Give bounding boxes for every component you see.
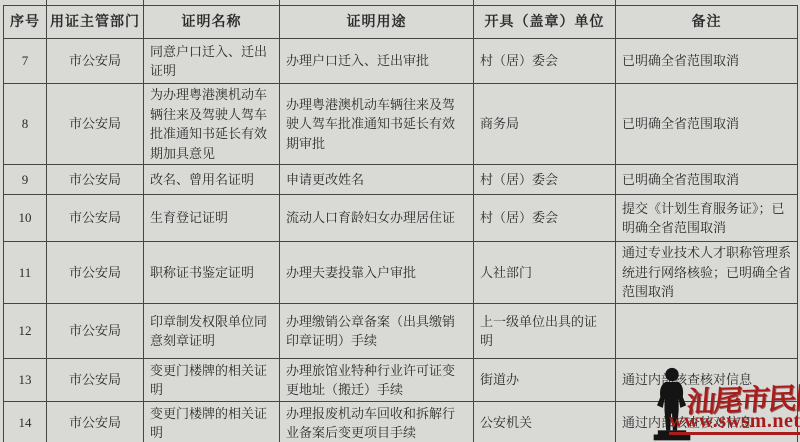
- table-cell: 市公安局: [47, 39, 144, 84]
- table-cell: 通过专业技术人才职称管理系统进行网络核验；已明确全省范围取消: [616, 242, 798, 304]
- table-cell: 10: [4, 195, 47, 242]
- table-row: 12市公安局印章制发权限单位同意刻章证明办理缴销公章备案（出具缴销印章证明）手续…: [4, 304, 798, 359]
- table-cell: 已明确全省范围取消: [616, 39, 798, 84]
- table-cell: [616, 304, 798, 359]
- table-cell: 市公安局: [47, 165, 144, 195]
- table-cell: 变更门楼牌的相关证明: [144, 402, 280, 442]
- table-cell: 12: [4, 304, 47, 359]
- header-cell: 开具（盖章）单位: [474, 6, 616, 39]
- table-row: 14市公安局变更门楼牌的相关证明办理报废机动车回收和拆解行业备案后变更项目手续公…: [4, 402, 798, 442]
- table-cell: 公安机关: [474, 402, 616, 442]
- table-row: 13市公安局变更门楼牌的相关证明办理旅馆业特种行业许可证变更地址（搬迁）手续街道…: [4, 359, 798, 402]
- table-body: 7市公安局同意户口迁入、迁出证明办理户口迁入、迁出审批村（居）委会已明确全省范围…: [4, 39, 798, 442]
- table-cell: 人社部门: [474, 242, 616, 304]
- table-cell: 办理夫妻投靠入户审批: [280, 242, 474, 304]
- table-cell: 市公安局: [47, 84, 144, 165]
- table-row: 9市公安局改名、曾用名证明申请更改姓名村（居）委会已明确全省范围取消: [4, 165, 798, 195]
- table-cell: 流动人口育龄妇女办理居住证: [280, 195, 474, 242]
- table-cell: 通过内部核查核对信息: [616, 402, 798, 442]
- certificates-cancellation-table: 序号用证主管部门证明名称证明用途开具（盖章）单位备注 7市公安局同意户口迁入、迁…: [3, 5, 798, 442]
- table-header-row: 序号用证主管部门证明名称证明用途开具（盖章）单位备注: [4, 6, 798, 39]
- table-cell: 已明确全省范围取消: [616, 84, 798, 165]
- header-cell: 证明用途: [280, 6, 474, 39]
- header-cell: 备注: [616, 6, 798, 39]
- table-row: 8市公安局为办理粤港澳机动车辆往来及驾驶人驾车批准通知书延长有效期加具意见办理粤…: [4, 84, 798, 165]
- table-row: 7市公安局同意户口迁入、迁出证明办理户口迁入、迁出审批村（居）委会已明确全省范围…: [4, 39, 798, 84]
- table-cell: 村（居）委会: [474, 165, 616, 195]
- table-cell: 已明确全省范围取消: [616, 165, 798, 195]
- table-cell: 办理户口迁入、迁出审批: [280, 39, 474, 84]
- table-cell: 办理粤港澳机动车辆往来及驾驶人驾车批准通知书延长有效期审批: [280, 84, 474, 165]
- header-cell: 序号: [4, 6, 47, 39]
- table-cell: 13: [4, 359, 47, 402]
- table-cell: 通过内部核查核对信息: [616, 359, 798, 402]
- table-cell: 申请更改姓名: [280, 165, 474, 195]
- scanned-document-page: 序号用证主管部门证明名称证明用途开具（盖章）单位备注 7市公安局同意户口迁入、迁…: [0, 0, 800, 442]
- table-cell: 办理缴销公章备案（出具缴销印章证明）手续: [280, 304, 474, 359]
- table-cell: 9: [4, 165, 47, 195]
- table-cell: 印章制发权限单位同意刻章证明: [144, 304, 280, 359]
- header-cell: 证明名称: [144, 6, 280, 39]
- table-cell: 市公安局: [47, 402, 144, 442]
- table-cell: 14: [4, 402, 47, 442]
- table-cell: 同意户口迁入、迁出证明: [144, 39, 280, 84]
- table-cell: 11: [4, 242, 47, 304]
- table-cell: 改名、曾用名证明: [144, 165, 280, 195]
- table-cell: 办理报废机动车回收和拆解行业备案后变更项目手续: [280, 402, 474, 442]
- table-row: 11市公安局职称证书鉴定证明办理夫妻投靠入户审批人社部门通过专业技术人才职称管理…: [4, 242, 798, 304]
- table-cell: 商务局: [474, 84, 616, 165]
- table-cell: 提交《计划生育服务证》；已明确全省范围取消: [616, 195, 798, 242]
- table-cell: 变更门楼牌的相关证明: [144, 359, 280, 402]
- table-cell: 市公安局: [47, 242, 144, 304]
- header-cell: 用证主管部门: [47, 6, 144, 39]
- table-cell: 生育登记证明: [144, 195, 280, 242]
- table-cell: 村（居）委会: [474, 195, 616, 242]
- table-cell: 为办理粤港澳机动车辆往来及驾驶人驾车批准通知书延长有效期加具意见: [144, 84, 280, 165]
- table-cell: 上一级单位出具的证明: [474, 304, 616, 359]
- table-cell: 办理旅馆业特种行业许可证变更地址（搬迁）手续: [280, 359, 474, 402]
- table-row: 10市公安局生育登记证明流动人口育龄妇女办理居住证村（居）委会提交《计划生育服务…: [4, 195, 798, 242]
- table-cell: 街道办: [474, 359, 616, 402]
- table-cell: 职称证书鉴定证明: [144, 242, 280, 304]
- table-cell: 市公安局: [47, 195, 144, 242]
- table-cell: 市公安局: [47, 359, 144, 402]
- table-cell: 8: [4, 84, 47, 165]
- table-cell: 市公安局: [47, 304, 144, 359]
- table-cell: 7: [4, 39, 47, 84]
- table-cell: 村（居）委会: [474, 39, 616, 84]
